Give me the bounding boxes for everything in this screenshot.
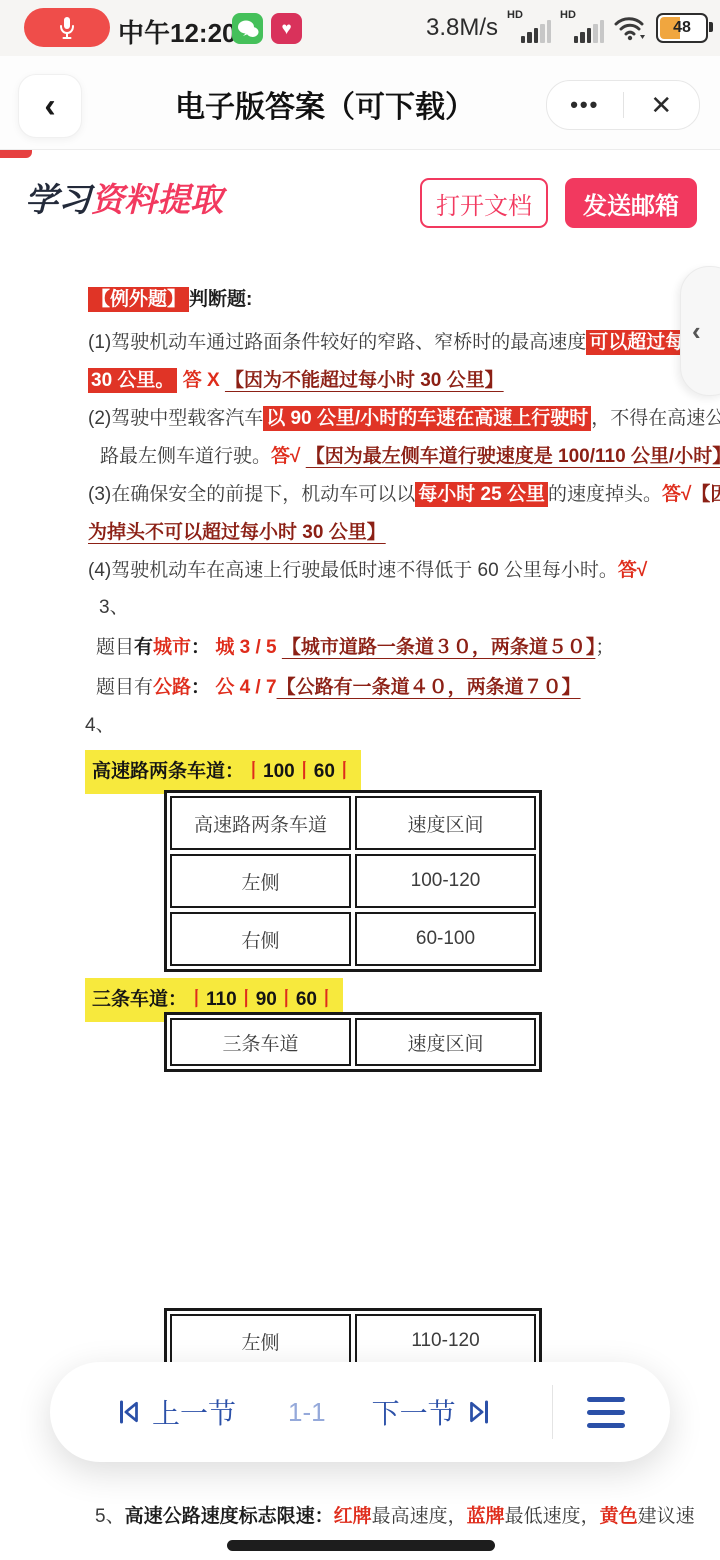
text-segment: 答√ — [618, 560, 647, 581]
text-segment: 【因为最左侧车道行驶速度是 100/110 公里/小时】 — [306, 446, 720, 467]
doc-line-1: 【例外题】判断题: — [88, 281, 252, 319]
text-segment: 以 90 公里/小时的车速在高速上行驶时 — [263, 406, 591, 431]
text-segment: 【例外题】 — [88, 287, 189, 312]
close-button[interactable]: ✕ — [624, 82, 700, 128]
section-indicator: 1-1 — [288, 1397, 326, 1428]
text-segment: 蓝牌 — [467, 1506, 505, 1527]
text-segment: 5、 — [95, 1506, 125, 1527]
brand-logo: 学习资料提取 — [25, 174, 223, 221]
text-segment: 4、 — [85, 715, 115, 736]
nav-bar: ‹ 电子版答案（可下载） ••• ✕ — [0, 56, 720, 150]
text-segment: 3、 — [99, 597, 129, 618]
miniprogram-capsule: ••• ✕ — [546, 80, 700, 130]
text-segment: 丨 — [237, 989, 256, 1010]
text-segment: 丨 — [295, 761, 314, 782]
page-title: 电子版答案（可下载） — [120, 82, 530, 126]
text-segment: 丨 — [244, 761, 263, 782]
pager-divider — [552, 1385, 553, 1439]
brand-red-text: 资料提取 — [91, 181, 223, 218]
text-segment: ： — [191, 677, 215, 698]
ellipsis-icon: ••• — [570, 92, 599, 117]
previous-section-button[interactable]: 上一节 — [114, 1392, 236, 1432]
text-segment: 为掉头不可以超过每小时 30 公里】 — [88, 522, 386, 543]
text-segment: (2)驾驶中型载客汽车 — [88, 408, 263, 429]
three-lane-speed-table-header: 三条车道 速度区间 — [164, 1012, 542, 1072]
more-button[interactable]: ••• — [547, 81, 623, 129]
phone-screen: 中午12:20 ♥ 3.8M/s HD HD — [0, 0, 720, 1560]
doc-line-10: 题目有城市： 城 3 / 5 【城市道路一条道３０，两条道５０】； — [96, 629, 614, 667]
cellular-signal-icon-2: HD — [560, 11, 604, 45]
battery-percent: 48 — [658, 19, 706, 37]
text-segment: 答√ — [662, 484, 691, 505]
doc-line-6: (3)在确保安全的前提下，机动车可以以每小时 25 公里的速度掉头。答√【因 — [88, 476, 720, 514]
table-cell: 60-100 — [355, 912, 536, 966]
status-right-cluster: 3.8M/s HD HD 48 — [426, 0, 708, 56]
yellow-highlight: 高速路两条车道：丨100丨60丨 — [85, 750, 361, 794]
chevron-left-icon: ‹ — [44, 87, 55, 126]
text-segment: 题目有 — [96, 677, 153, 698]
table-header-cell: 三条车道 — [170, 1018, 351, 1066]
wifi-icon — [613, 15, 647, 42]
toolbar: 学习资料提取 打开文档 发送邮箱 — [0, 150, 720, 240]
text-segment: 判断题: — [189, 289, 252, 310]
text-segment: 最低速度， — [505, 1506, 600, 1527]
text-segment: 路最左侧车道行驶。 — [100, 446, 271, 467]
skip-next-icon — [464, 1397, 494, 1427]
two-lane-speed-table: 高速路两条车道 速度区间 左侧 100-120 右侧 60-100 — [164, 790, 542, 972]
text-segment: ； — [595, 637, 614, 658]
chapter-menu-button[interactable] — [587, 1397, 625, 1428]
table-cell: 110-120 — [355, 1314, 536, 1368]
text-segment: 的速度掉头。 — [548, 484, 662, 505]
battery-icon: 48 — [656, 13, 708, 43]
table-row: 左侧 100-120 — [170, 854, 536, 908]
text-segment: 红牌 — [334, 1506, 372, 1527]
text-segment: 城市 — [153, 637, 191, 658]
doc-line-3: 30 公里。 答 X 【因为不能超过每小时 30 公里】 — [88, 362, 504, 400]
text-segment: (3)在确保安全的前提下，机动车可以以 — [88, 484, 415, 505]
doc-line-2: (1)驾驶机动车通过路面条件较好的窄路、窄桥时的最高速度可以超过每小时 — [88, 324, 720, 362]
text-segment: 【因为不能超过每小时 30 公里】 — [225, 370, 504, 391]
text-segment: ： — [191, 637, 215, 658]
text-segment: 100 — [263, 761, 295, 782]
status-time: 中午12:20 — [118, 13, 237, 50]
text-segment: 90 — [256, 989, 277, 1010]
text-segment: 每小时 25 公里 — [415, 482, 548, 507]
table-header-cell: 速度区间 — [355, 796, 536, 850]
text-segment: ，不得在高速公 — [591, 408, 720, 429]
heart-icon: ♥ — [281, 19, 291, 39]
send-email-button[interactable]: 发送邮箱 — [565, 178, 697, 228]
doc-line-4: (2)驾驶中型载客汽车以 90 公里/小时的车速在高速上行驶时，不得在高速公 — [88, 400, 720, 438]
doc-footer-line: 5、高速公路速度标志限速：红牌最高速度，蓝牌最低速度，黄色建议速 — [95, 1498, 695, 1536]
drawer-handle[interactable]: ‹ — [680, 266, 720, 396]
hamburger-icon — [587, 1397, 625, 1402]
status-bar: 中午12:20 ♥ 3.8M/s HD HD — [0, 0, 720, 56]
text-segment: 题目 — [96, 637, 134, 658]
brand-dark-text: 学习 — [25, 181, 91, 218]
text-segment: 丨 — [277, 989, 296, 1010]
bottom-pager-bar: 上一节 1-1 下一节 — [50, 1362, 670, 1462]
text-segment: 110 — [206, 989, 237, 1010]
text-segment: 建议速 — [638, 1506, 695, 1527]
table-row: 右侧 60-100 — [170, 912, 536, 966]
next-section-button[interactable]: 下一节 — [372, 1392, 494, 1432]
microphone-icon — [59, 16, 75, 40]
text-segment: 【公路有一条道４０，两条道７０】 — [277, 677, 581, 698]
table-cell: 左侧 — [170, 1314, 351, 1368]
next-section-label: 下一节 — [372, 1392, 456, 1432]
table-row: 左侧 110-120 — [170, 1314, 536, 1368]
cellular-signal-icon-1: HD — [507, 11, 551, 45]
text-segment: 【城市道路一条道３０，两条道５０】 — [282, 637, 596, 658]
text-segment: 最高速度， — [372, 1506, 467, 1527]
previous-section-label: 上一节 — [152, 1392, 236, 1432]
text-segment: 30 公里。 — [88, 368, 177, 393]
table-cell: 左侧 — [170, 854, 351, 908]
doc-line-7: 为掉头不可以超过每小时 30 公里】 — [88, 514, 386, 552]
home-gesture-bar[interactable] — [227, 1540, 495, 1551]
highlight-line-two-lanes: 高速路两条车道：丨100丨60丨 — [85, 750, 361, 794]
text-segment: 60 — [296, 989, 317, 1010]
doc-line-11: 题目有公路： 公 4 / 7【公路有一条道４０，两条道７０】 — [96, 669, 581, 707]
wechat-app-icon — [232, 13, 263, 44]
text-segment: 三条车道： — [92, 989, 187, 1010]
open-document-button[interactable]: 打开文档 — [420, 178, 548, 228]
doc-line-9: 3、 — [99, 589, 129, 627]
doc-line-12: 4、 — [85, 707, 115, 745]
doc-line-8: (4)驾驶机动车在高速上行驶最低时速不得低于 60 公里每小时。答√ — [88, 552, 647, 590]
table-row: 三条车道 速度区间 — [170, 1018, 536, 1066]
text-segment: 高速路两条车道： — [92, 761, 244, 782]
text-segment: 公 4 / 7 — [215, 677, 276, 698]
text-segment: 答√ — [271, 446, 306, 467]
text-segment: 丨 — [187, 989, 206, 1010]
heart-app-icon: ♥ — [271, 13, 302, 44]
text-segment: 高速公路速度标志限速： — [125, 1506, 334, 1527]
doc-line-5: 路最左侧车道行驶。答√ 【因为最左侧车道行驶速度是 100/110 公里/小时】 — [100, 438, 720, 476]
table-header-cell: 高速路两条车道 — [170, 796, 351, 850]
back-button[interactable]: ‹ — [18, 74, 82, 138]
close-icon: ✕ — [650, 90, 672, 120]
table-cell: 100-120 — [355, 854, 536, 908]
text-segment: 有 — [134, 637, 153, 658]
text-segment: 黄色 — [600, 1506, 638, 1527]
text-segment: (1)驾驶机动车通过路面条件较好的窄路、窄桥时的最高速度 — [88, 332, 586, 353]
text-segment: 丨 — [335, 761, 354, 782]
skip-previous-icon — [114, 1397, 144, 1427]
text-segment: (4)驾驶机动车在高速上行驶最低时速不得低于 60 公里每小时。 — [88, 560, 618, 581]
text-segment: 60 — [314, 761, 335, 782]
text-segment: 公路 — [153, 677, 191, 698]
chevron-left-icon: ‹ — [692, 316, 701, 347]
recording-indicator[interactable] — [24, 8, 110, 47]
text-segment: 丨 — [317, 989, 336, 1010]
text-segment: 城 3 / 5 — [215, 637, 282, 658]
banner-remnant — [0, 150, 32, 158]
table-row: 高速路两条车道 速度区间 — [170, 796, 536, 850]
text-segment: 【因 — [691, 484, 720, 505]
table-header-cell: 速度区间 — [355, 1018, 536, 1066]
text-segment: 答 X — [183, 370, 225, 391]
network-speed: 3.8M/s — [426, 14, 498, 42]
table-cell: 右侧 — [170, 912, 351, 966]
